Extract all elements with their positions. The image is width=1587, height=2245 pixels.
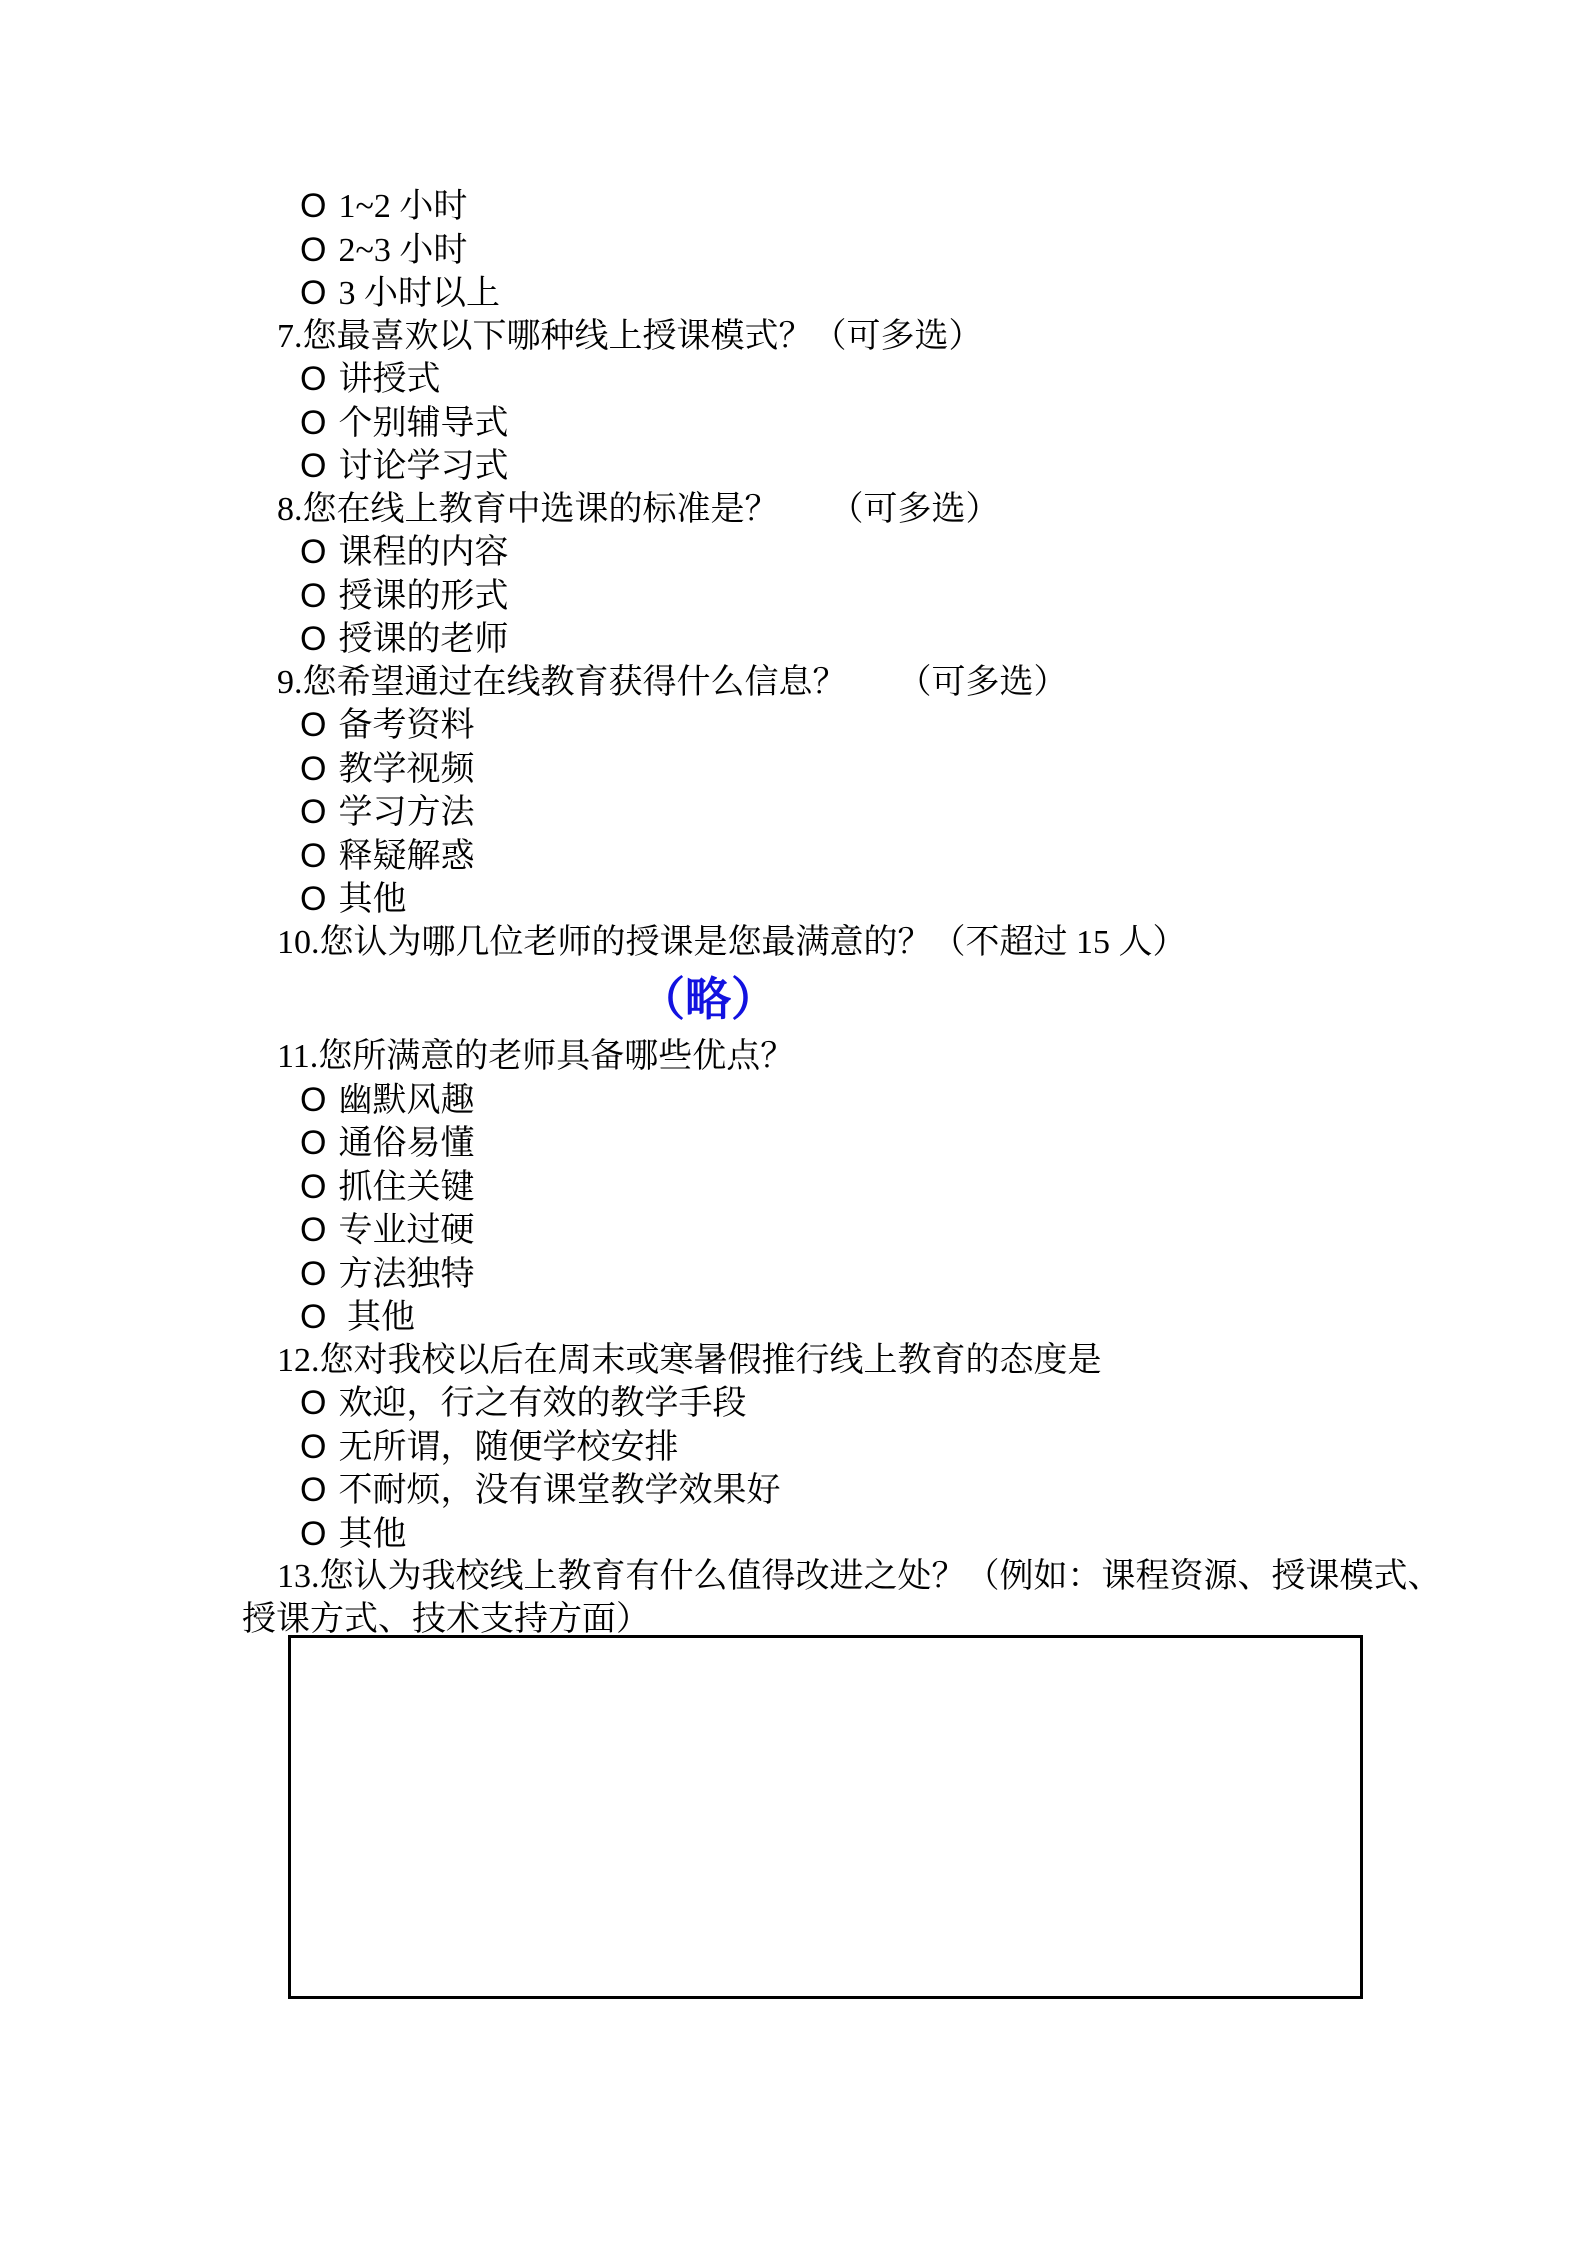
option-label: 讨论学习式 — [338, 448, 508, 485]
option-label: 其他 — [338, 881, 406, 918]
question-8-label: 8.您在线上教育中选课的标准是？ （可多选） — [0, 489, 1587, 532]
question-12-option-1[interactable]: O欢迎，行之有效的教学手段 — [0, 1382, 1587, 1426]
question-11-option-6[interactable]: O 其他 — [0, 1296, 1587, 1340]
radio-marker[interactable]: O — [300, 575, 326, 618]
radio-marker[interactable]: O — [300, 618, 326, 661]
option-label: 1~2 小时 — [338, 188, 467, 225]
question-12-option-2[interactable]: O无所谓，随便学校安排 — [0, 1426, 1587, 1470]
question-7-option-2[interactable]: O个别辅导式 — [0, 402, 1587, 446]
option-label: 释疑解惑 — [338, 838, 474, 875]
question-8-option-2[interactable]: O授课的形式 — [0, 575, 1587, 619]
question-7-option-3[interactable]: O讨论学习式 — [0, 445, 1587, 489]
questionnaire-page: O1~2 小时 O2~3 小时 O3 小时以上 7.您最喜欢以下哪种线上授课模式… — [0, 0, 1587, 2245]
option-label: 课程的内容 — [338, 534, 508, 571]
radio-marker[interactable]: O — [300, 1382, 326, 1425]
radio-marker[interactable]: O — [300, 531, 326, 574]
radio-marker[interactable]: O — [300, 1513, 326, 1556]
radio-marker[interactable]: O — [300, 1426, 326, 1469]
question-7-option-1[interactable]: O讲授式 — [0, 358, 1587, 402]
radio-marker[interactable]: O — [300, 1469, 326, 1512]
option-label: 备考资料 — [338, 707, 474, 744]
radio-marker[interactable]: O — [300, 748, 326, 791]
option-label: 个别辅导式 — [338, 405, 508, 442]
radio-marker[interactable]: O — [300, 402, 326, 445]
question-9-option-5[interactable]: O其他 — [0, 878, 1587, 922]
option-label: 专业过硬 — [338, 1212, 474, 1249]
radio-marker[interactable]: O — [300, 835, 326, 878]
question-11-label: 11.您所满意的老师具备哪些优点？ — [0, 1036, 1587, 1079]
radio-marker[interactable]: O — [300, 358, 326, 401]
question-7-label: 7.您最喜欢以下哪种线上授课模式？（可多选） — [0, 316, 1587, 359]
option-label: 3 小时以上 — [338, 275, 500, 312]
radio-marker[interactable]: O — [300, 1209, 326, 1252]
question-9-option-1[interactable]: O备考资料 — [0, 704, 1587, 748]
prev-question-option-3[interactable]: O3 小时以上 — [0, 272, 1587, 316]
answer-box[interactable] — [288, 1635, 1363, 1999]
question-11-option-3[interactable]: O抓住关键 — [0, 1166, 1587, 1210]
option-label: 不耐烦，没有课堂教学效果好 — [338, 1472, 780, 1509]
option-label: 讲授式 — [338, 361, 440, 398]
radio-marker[interactable]: O — [300, 704, 326, 747]
option-label: 授课的形式 — [338, 578, 508, 615]
option-label: 方法独特 — [338, 1256, 474, 1293]
question-12-option-4[interactable]: O其他 — [0, 1513, 1587, 1557]
question-9-option-3[interactable]: O学习方法 — [0, 791, 1587, 835]
radio-marker[interactable]: O — [300, 791, 326, 834]
question-12-label: 12.您对我校以后在周末或寒暑假推行线上教育的态度是 — [0, 1340, 1587, 1383]
radio-marker[interactable]: O — [300, 1296, 326, 1339]
question-12-option-3[interactable]: O不耐烦，没有课堂教学效果好 — [0, 1469, 1587, 1513]
option-label: 幽默风趣 — [338, 1082, 474, 1119]
option-label: 2~3 小时 — [338, 232, 467, 269]
question-9-option-2[interactable]: O教学视频 — [0, 748, 1587, 792]
question-11-option-5[interactable]: O方法独特 — [0, 1253, 1587, 1297]
question-9-label: 9.您希望通过在线教育获得什么信息？ （可多选） — [0, 662, 1587, 705]
question-10-label: 10.您认为哪几位老师的授课是您最满意的？（不超过 15 人） — [0, 922, 1587, 965]
radio-marker[interactable]: O — [300, 445, 326, 488]
question-8-option-1[interactable]: O课程的内容 — [0, 531, 1587, 575]
option-label: 欢迎，行之有效的教学手段 — [338, 1385, 746, 1422]
radio-marker[interactable]: O — [300, 878, 326, 921]
question-11-option-2[interactable]: O通俗易懂 — [0, 1122, 1587, 1166]
radio-marker[interactable]: O — [300, 1253, 326, 1296]
option-label: 教学视频 — [338, 751, 474, 788]
option-label: 其他 — [338, 1516, 406, 1553]
radio-marker[interactable]: O — [300, 1166, 326, 1209]
question-13-label-line1: 13.您认为我校线上教育有什么值得改进之处？（例如：课程资源、授课模式、 — [0, 1556, 1587, 1599]
radio-marker[interactable]: O — [300, 185, 326, 228]
option-label: 学习方法 — [338, 794, 474, 831]
radio-marker[interactable]: O — [300, 229, 326, 272]
radio-marker[interactable]: O — [300, 1079, 326, 1122]
option-label: 其他 — [338, 1299, 415, 1336]
option-label: 无所谓，随便学校安排 — [338, 1429, 678, 1466]
question-9-option-4[interactable]: O释疑解惑 — [0, 835, 1587, 879]
question-11-option-4[interactable]: O专业过硬 — [0, 1209, 1587, 1253]
radio-marker[interactable]: O — [300, 1122, 326, 1165]
option-label: 授课的老师 — [338, 621, 508, 658]
option-label: 通俗易懂 — [338, 1125, 474, 1162]
radio-marker[interactable]: O — [300, 272, 326, 315]
prev-question-option-2[interactable]: O2~3 小时 — [0, 229, 1587, 273]
question-8-option-3[interactable]: O授课的老师 — [0, 618, 1587, 662]
option-label: 抓住关键 — [338, 1169, 474, 1206]
prev-question-option-1[interactable]: O1~2 小时 — [0, 185, 1587, 229]
question-11-option-1[interactable]: O幽默风趣 — [0, 1079, 1587, 1123]
questionnaire-body: O1~2 小时 O2~3 小时 O3 小时以上 7.您最喜欢以下哪种线上授课模式… — [0, 185, 1587, 1641]
omitted-note: （略） — [0, 964, 1416, 1036]
